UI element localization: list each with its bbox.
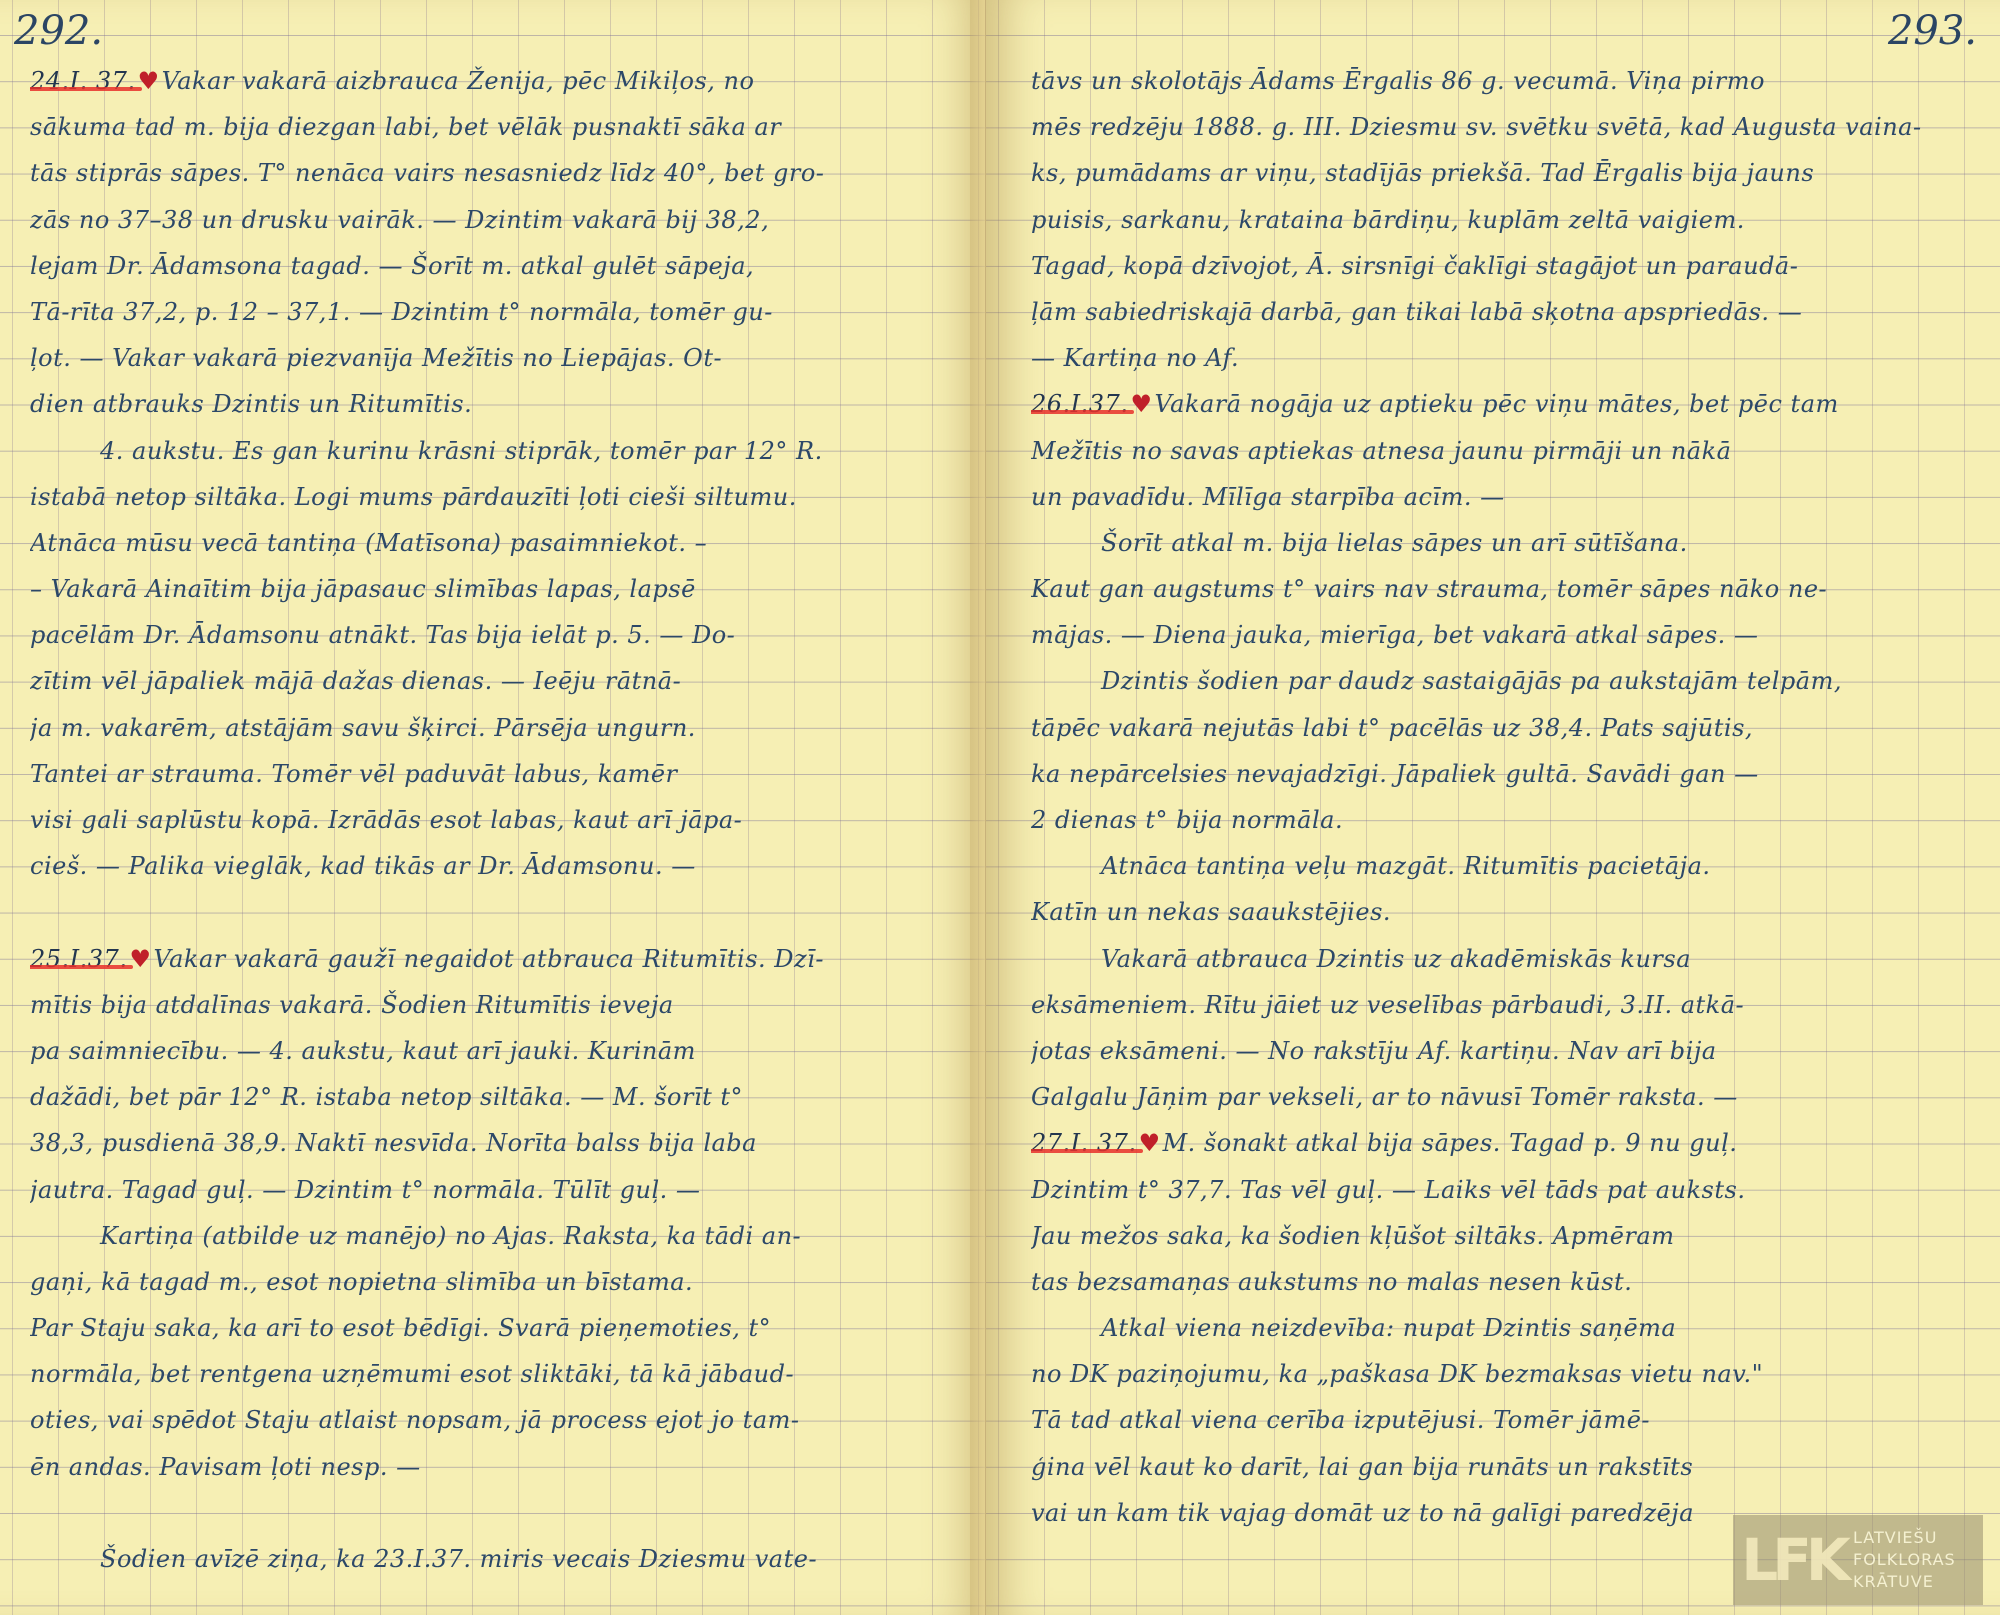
line-text: ļot. — Vakar vakarā piezvanīja Mežītis n… [30,344,722,372]
line-text: ģina vēl kaut ko darīt, lai gan bija run… [1031,1453,1693,1481]
line-text: 2 dienas t° bija normāla. [1031,806,1343,834]
text-line: zās no 37–38 un drusku vairāk. — Dzintim… [30,197,970,243]
text-line: mītis bija atdalīnas vakarā. Šodien Ritu… [30,982,970,1028]
text-line: Tā-rīta 37,2, p. 12 – 37,1. — Dzintim t°… [30,289,970,335]
archive-watermark: LFK LATVIEŠU FOLKLORAS KRĀTUVE [1733,1515,1983,1605]
text-line: normāla, bet rentgena uzņēmumi esot slik… [30,1351,970,1397]
line-text: no DK paziņojumu, ka „paškasa DK bezmaks… [1031,1360,1763,1388]
line-text: 38,3, pusdienā 38,9. Naktī nesvīda. Norī… [30,1129,757,1157]
line-text: Šodien avīzē ziņa, ka 23.I.37. miris vec… [100,1545,817,1573]
heart-mark-icon: ♥ [1139,1129,1161,1157]
entry-date: 27.I. 37. [1031,1129,1137,1157]
left-page-text: 24.I. 37.♥Vakar vakarā aizbrauca Ženija,… [30,58,970,1582]
watermark-line: FOLKLORAS [1853,1549,1956,1571]
text-line: istabā netop siltāka. Logi mums pārdauzī… [30,474,970,520]
text-line: Tantei ar strauma. Tomēr vēl paduvāt lab… [30,751,970,797]
line-text: Galgalu Jāņim par vekseli, ar to nāvusī … [1031,1083,1738,1111]
line-text: Vakar vakarā aizbrauca Ženija, pēc Mikiļ… [162,67,755,95]
diary-entry-start: 27.I. 37.♥M. šonakt atkal bija sāpes. Ta… [1031,1120,1981,1166]
text-line: mēs redzēju 1888. g. III. Dziesmu sv. sv… [1031,104,1981,150]
line-text: sākuma tad m. bija diezgan labi, bet vēl… [30,113,781,141]
text-line: – Vakarā Ainaītim bija jāpasauc slimības… [30,566,970,612]
line-text: Tā-rīta 37,2, p. 12 – 37,1. — Dzintim t°… [30,298,773,326]
line-text: Tantei ar strauma. Tomēr vēl paduvāt lab… [30,760,678,788]
watermark-line: LATVIEŠU [1853,1527,1956,1549]
line-text: Kartiņa (atbilde uz manējo) no Ajas. Rak… [100,1222,801,1250]
line-text: ja m. vakarēm, atstājām savu šķirci. Pār… [30,714,696,742]
line-text: Vakar vakarā gaužī negaidot atbrauca Rit… [153,945,823,973]
entry-date: 25.I.37. [30,945,127,973]
page-number-right: 293. [1888,8,1977,54]
text-line: no DK paziņojumu, ka „paškasa DK bezmaks… [1031,1351,1981,1397]
line-text: 4. aukstu. Es gan kurinu krāsni stiprāk,… [100,437,823,465]
right-page-text: tāvs un skolotājs Ādams Ērgalis 86 g. ve… [1031,58,1981,1536]
text-line: tāpēc vakarā nejutās labi t° pacēlās uz … [1031,705,1981,751]
text-line: Atkal viena neizdevība: nupat Dzintis sa… [1031,1305,1981,1351]
line-text: jautra. Tagad guļ. — Dzintim t° normāla.… [30,1176,700,1204]
text-line: ja m. vakarēm, atstājām savu šķirci. Pār… [30,705,970,751]
line-text: Jau mežos saka, ka šodien kļūšot siltāks… [1031,1222,1674,1250]
diary-entry-start: 25.I.37.♥Vakar vakarā gaužī negaidot atb… [30,936,970,982]
text-line: cieš. — Palika vieglāk, kad tikās ar Dr.… [30,843,970,889]
line-text: zītim vēl jāpaliek mājā dažas dienas. — … [30,667,681,695]
line-text: mēs redzēju 1888. g. III. Dziesmu sv. sv… [1031,113,1922,141]
diary-entry-start: 24.I. 37.♥Vakar vakarā aizbrauca Ženija,… [30,58,970,104]
line-text: Vakarā nogāja uz aptieku pēc viņu mātes,… [1154,390,1838,418]
line-text: lejam Dr. Ādamsona tagad. — Šorīt m. atk… [30,252,754,280]
text-line: mājas. — Diena jauka, mierīga, bet vakar… [1031,612,1981,658]
notebook-spread: 292. 24.I. 37.♥Vakar vakarā aizbrauca Že… [0,0,2000,1615]
left-page: 292. 24.I. 37.♥Vakar vakarā aizbrauca Že… [0,0,985,1615]
text-line: Atnāca tantiņa veļu mazgāt. Ritumītis pa… [1031,843,1981,889]
line-text: ēn andas. Pavisam ļoti nesp. — [30,1453,421,1481]
heart-mark-icon: ♥ [129,945,151,973]
line-text: oties, vai spēdot Staju atlaist nopsam, … [30,1406,800,1434]
text-line [30,1490,970,1536]
line-text: normāla, bet rentgena uzņēmumi esot slik… [30,1360,794,1388]
line-text: ka nepārcelsies nevajadzīgi. Jāpaliek gu… [1031,760,1759,788]
line-text: tās stiprās sāpes. T° nenāca vairs nesas… [30,159,824,187]
line-text: ks, pumādams ar viņu, stadījās priekšā. … [1031,159,1814,187]
lfk-logo-icon: LFK [1733,1526,1853,1594]
line-text: jotas eksāmeni. — No rakstīju Af. kartiņ… [1031,1037,1717,1065]
line-text: tas bezsamaņas aukstums no malas nesen k… [1031,1268,1632,1296]
text-line: ļot. — Vakar vakarā piezvanīja Mežītis n… [30,335,970,381]
entry-date: 24.I. 37. [30,67,136,95]
line-text: visi gali saplūstu kopā. Izrādās esot la… [30,806,742,834]
text-line: ka nepārcelsies nevajadzīgi. Jāpaliek gu… [1031,751,1981,797]
text-line: oties, vai spēdot Staju atlaist nopsam, … [30,1397,970,1443]
text-line: pacēlām Dr. Ādamsonu atnākt. Tas bija ie… [30,612,970,658]
text-line: 2 dienas t° bija normāla. [1031,797,1981,843]
text-line: zītim vēl jāpaliek mājā dažas dienas. — … [30,658,970,704]
line-text: tāpēc vakarā nejutās labi t° pacēlās uz … [1031,714,1753,742]
text-line: sākuma tad m. bija diezgan labi, bet vēl… [30,104,970,150]
text-line: Mežītis no savas aptiekas atnesa jaunu p… [1031,428,1981,474]
text-line: jotas eksāmeni. — No rakstīju Af. kartiņ… [1031,1028,1981,1074]
text-line: eksāmeniem. Rītu jāiet uz veselības pārb… [1031,982,1981,1028]
text-line: visi gali saplūstu kopā. Izrādās esot la… [30,797,970,843]
line-text: tāvs un skolotājs Ādams Ērgalis 86 g. ve… [1031,67,1765,95]
line-text: — Kartiņa no Af. [1031,344,1239,372]
text-line: 38,3, pusdienā 38,9. Naktī nesvīda. Norī… [30,1120,970,1166]
text-line [30,889,970,935]
line-text: Atkal viena neizdevība: nupat Dzintis sa… [1101,1314,1676,1342]
line-text: dažādi, bet pār 12° R. istaba netop silt… [30,1083,743,1111]
text-line: tās stiprās sāpes. T° nenāca vairs nesas… [30,150,970,196]
line-text: Tagad, kopā dzīvojot, Ā. sirsnīgi čaklīg… [1031,252,1798,280]
text-line: puisis, sarkanu, krataina bārdiņu, kuplā… [1031,197,1981,243]
line-text: Tā tad atkal viena cerība izputējusi. To… [1031,1406,1650,1434]
line-text: dien atbrauks Dzintis un Ritumītis. [30,390,472,418]
line-text: ļām sabiedriskajā darbā, gan tikai labā … [1031,298,1802,326]
line-text: mītis bija atdalīnas vakarā. Šodien Ritu… [30,991,674,1019]
text-line: — Kartiņa no Af. [1031,335,1981,381]
text-line: Tā tad atkal viena cerība izputējusi. To… [1031,1397,1981,1443]
text-line: Galgalu Jāņim par vekseli, ar to nāvusī … [1031,1074,1981,1120]
line-text: mājas. — Diena jauka, mierīga, bet vakar… [1031,621,1758,649]
text-line: un pavadīdu. Mīlīga starpība acīm. — [1031,474,1981,520]
entry-date: 26.I.37. [1031,390,1128,418]
line-text: Par Staju saka, ka arī to esot bēdīgi. S… [30,1314,771,1342]
line-text: pacēlām Dr. Ādamsonu atnākt. Tas bija ie… [30,621,735,649]
line-text: Dzintim t° 37,7. Tas vēl guļ. — Laiks vē… [1031,1176,1745,1204]
line-text: Kaut gan augstums t° vairs nav strauma, … [1031,575,1827,603]
line-text: un pavadīdu. Mīlīga starpība acīm. — [1031,483,1505,511]
text-line: ēn andas. Pavisam ļoti nesp. — [30,1444,970,1490]
text-line: Vakarā atbrauca Dzintis uz akadēmiskās k… [1031,936,1981,982]
text-line: ks, pumādams ar viņu, stadījās priekšā. … [1031,150,1981,196]
line-text: Vakarā atbrauca Dzintis uz akadēmiskās k… [1101,945,1691,973]
line-text: Mežītis no savas aptiekas atnesa jaunu p… [1031,437,1731,465]
text-line: Dzintis šodien par daudz sastaigājās pa … [1031,658,1981,704]
heart-mark-icon: ♥ [1130,390,1152,418]
text-line: jautra. Tagad guļ. — Dzintim t° normāla.… [30,1167,970,1213]
page-number-left: 292. [14,8,103,54]
text-line: Šodien avīzē ziņa, ka 23.I.37. miris vec… [30,1536,970,1582]
watermark-line: KRĀTUVE [1853,1571,1956,1593]
text-line: ģina vēl kaut ko darīt, lai gan bija run… [1031,1444,1981,1490]
line-text: vai un kam tik vajag domāt uz to nā galī… [1031,1499,1694,1527]
line-text: eksāmeniem. Rītu jāiet uz veselības pārb… [1031,991,1744,1019]
line-text: Dzintis šodien par daudz sastaigājās pa … [1101,667,1842,695]
line-text: M. šonakt atkal bija sāpes. Tagad p. 9 n… [1163,1129,1738,1157]
line-text: istabā netop siltāka. Logi mums pārdauzī… [30,483,797,511]
text-line: pa saimniecību. — 4. aukstu, kaut arī ja… [30,1028,970,1074]
text-line: Katīn un nekas saaukstējies. [1031,889,1981,935]
text-line: lejam Dr. Ādamsona tagad. — Šorīt m. atk… [30,243,970,289]
text-line: Kartiņa (atbilde uz manējo) no Ajas. Rak… [30,1213,970,1259]
line-text: Atnāca tantiņa veļu mazgāt. Ritumītis pa… [1101,852,1711,880]
text-line: Šorīt atkal m. bija lielas sāpes un arī … [1031,520,1981,566]
line-text: gaņi, kā tagad m., esot nopietna slimība… [30,1268,693,1296]
text-line: Par Staju saka, ka arī to esot bēdīgi. S… [30,1305,970,1351]
diary-entry-start: 26.I.37.♥Vakarā nogāja uz aptieku pēc vi… [1031,381,1981,427]
text-line: gaņi, kā tagad m., esot nopietna slimība… [30,1259,970,1305]
text-line: dažādi, bet pār 12° R. istaba netop silt… [30,1074,970,1120]
text-line: tas bezsamaņas aukstums no malas nesen k… [1031,1259,1981,1305]
text-line: dien atbrauks Dzintis un Ritumītis. [30,381,970,427]
text-line: Dzintim t° 37,7. Tas vēl guļ. — Laiks vē… [1031,1167,1981,1213]
line-text: Šorīt atkal m. bija lielas sāpes un arī … [1101,529,1688,557]
text-line: Tagad, kopā dzīvojot, Ā. sirsnīgi čaklīg… [1031,243,1981,289]
text-line: tāvs un skolotājs Ādams Ērgalis 86 g. ve… [1031,58,1981,104]
text-line: Jau mežos saka, ka šodien kļūšot siltāks… [1031,1213,1981,1259]
line-text: Atnāca mūsu vecā tantiņa (Matīsona) pasa… [30,529,707,557]
line-text: pa saimniecību. — 4. aukstu, kaut arī ja… [30,1037,696,1065]
line-text: zās no 37–38 un drusku vairāk. — Dzintim… [30,206,769,234]
text-line: 4. aukstu. Es gan kurinu krāsni stiprāk,… [30,428,970,474]
right-page: 293. tāvs un skolotājs Ādams Ērgalis 86 … [985,0,2000,1615]
line-text: puisis, sarkanu, krataina bārdiņu, kuplā… [1031,206,1745,234]
text-line: Kaut gan augstums t° vairs nav strauma, … [1031,566,1981,612]
text-line: ļām sabiedriskajā darbā, gan tikai labā … [1031,289,1981,335]
text-line: Atnāca mūsu vecā tantiņa (Matīsona) pasa… [30,520,970,566]
line-text: – Vakarā Ainaītim bija jāpasauc slimības… [30,575,696,603]
line-text: cieš. — Palika vieglāk, kad tikās ar Dr.… [30,852,696,880]
line-text: Katīn un nekas saaukstējies. [1031,898,1391,926]
